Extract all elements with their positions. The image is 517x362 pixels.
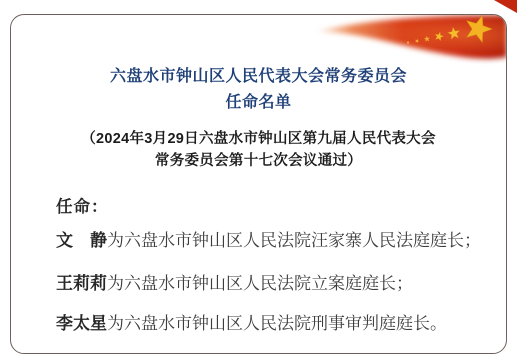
- appointee-name: 文 静: [56, 231, 107, 250]
- appointee-name: 王莉莉: [56, 274, 107, 293]
- meeting-note-line-2: 常务委员会第十七次会议通过）: [11, 150, 506, 172]
- meeting-note: （2024年3月29日六盘水市钟山区第九届人民代表大会 常务委员会第十七次会议通…: [11, 128, 506, 172]
- appointment-detail: 为六盘水市钟山区人民法院汪家寨人民法庭庭长；: [107, 231, 481, 250]
- document-title: 六盘水市钟山区人民代表大会常务委员会 任命名单: [11, 64, 506, 116]
- title-line-1: 六盘水市钟山区人民代表大会常务委员会: [11, 64, 506, 90]
- appointee-name: 李太星: [56, 314, 107, 333]
- ribbon-decoration: [315, 14, 507, 68]
- meeting-note-line-1: （2024年3月29日六盘水市钟山区第九届人民代表大会: [11, 128, 506, 150]
- document-card: 六盘水市钟山区人民代表大会常务委员会 任命名单 （2024年3月29日六盘水市钟…: [10, 14, 507, 354]
- title-line-2: 任命名单: [11, 90, 506, 116]
- appointment-entry: 王莉莉为六盘水市钟山区人民法院立案庭庭长；: [56, 272, 492, 296]
- star-icon: [407, 14, 495, 44]
- section-label-appoint: 任命：: [56, 195, 109, 219]
- appointment-entry: 李太星为六盘水市钟山区人民法院刑事审判庭庭长。: [56, 312, 492, 336]
- notice-image: 六盘水市钟山区人民代表大会常务委员会 任命名单 （2024年3月29日六盘水市钟…: [0, 0, 517, 362]
- corner-triangle-decoration: [493, 0, 517, 13]
- appointment-entry: 文 静为六盘水市钟山区人民法院汪家寨人民法庭庭长；: [56, 229, 492, 253]
- appointment-detail: 为六盘水市钟山区人民法院刑事审判庭庭长。: [107, 314, 447, 333]
- appointment-detail: 为六盘水市钟山区人民法院立案庭庭长；: [107, 274, 413, 293]
